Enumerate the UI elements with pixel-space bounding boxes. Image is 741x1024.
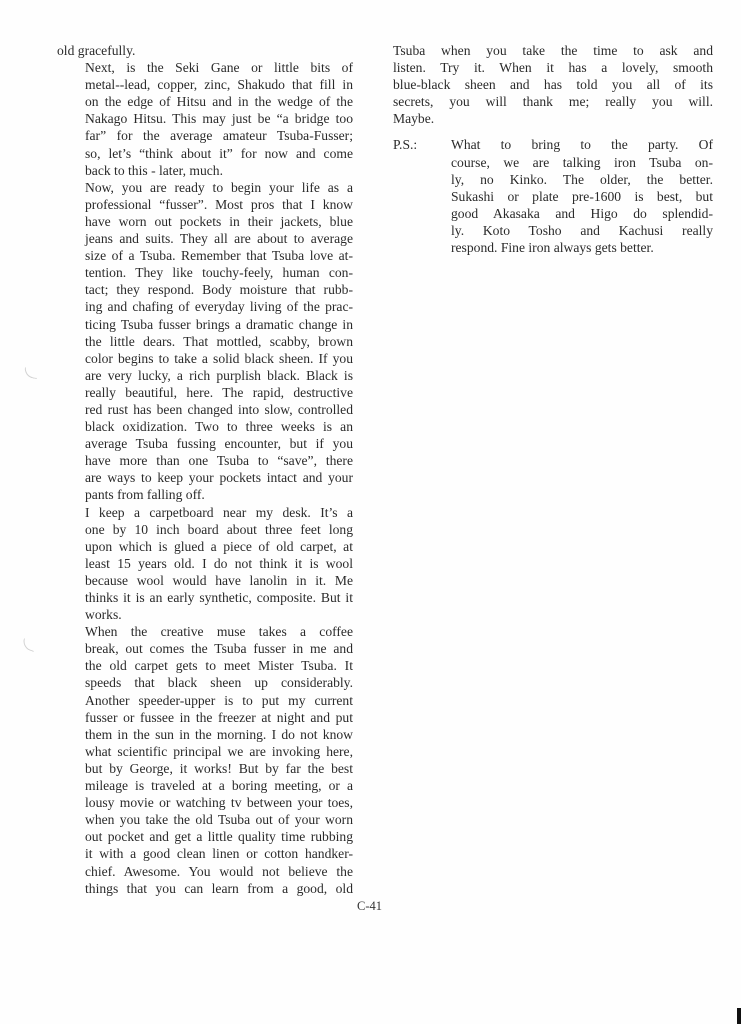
text-line: far” for the average amateur Tsuba-Fusse… [57, 127, 353, 144]
text-line: old gracefully. [57, 42, 353, 59]
scan-artifact-mark [21, 638, 38, 652]
text-line: things that you can learn from a good, o… [57, 880, 353, 897]
text-line: I keep a carpetboard near my desk. It’s … [57, 504, 353, 521]
text-line: Nakago Hitsu. This may just be “a bridge… [57, 110, 353, 127]
text-line: professional “fusser”. Most pros that I … [57, 196, 353, 213]
text-line: works. [57, 606, 353, 623]
text-line: ticing Tsuba fusser brings a dramatic ch… [57, 316, 353, 333]
scan-corner-mark [737, 1008, 741, 1024]
text-line: What to bring to the party. Of [451, 136, 713, 153]
text-line: the little dears. That mottled, scabby, … [57, 333, 353, 350]
text-line: black oxidization. Two to three weeks is… [57, 418, 353, 435]
text-line: least 15 years old. I do not think it is… [57, 555, 353, 572]
text-line: upon which is glued a piece of old carpe… [57, 538, 353, 555]
text-line: lousy movie or watching tv between your … [57, 794, 353, 811]
text-line: them in the sun in the morning. I do not… [57, 726, 353, 743]
text-line: mileage is traveled at a boring meeting,… [57, 777, 353, 794]
paragraph: Next, is the Seki Gane or little bits of… [57, 59, 353, 179]
text-line: Another speeder-upper is to put my curre… [57, 692, 353, 709]
text-line: average Tsuba fussing encounter, but if … [57, 435, 353, 452]
paragraph: I keep a carpetboard near my desk. It’s … [57, 504, 353, 624]
right-column-body: Tsuba when you take the time to ask andl… [393, 42, 713, 127]
text-line: When the creative muse takes a coffee [57, 623, 353, 640]
postscript: P.S.: What to bring to the party. Ofcour… [393, 136, 713, 256]
text-line: course, we are talking iron Tsuba on- [451, 154, 713, 171]
scan-artifact-mark [23, 367, 39, 379]
text-line: are ways to keep your pockets intact and… [57, 469, 353, 486]
text-line: pants from falling off. [57, 486, 353, 503]
text-line: red rust has been changed into slow, con… [57, 401, 353, 418]
text-line: when you take the old Tsuba out of your … [57, 811, 353, 828]
text-line: ing and chafing of everyday living of th… [57, 298, 353, 315]
postscript-text: What to bring to the party. Ofcourse, we… [451, 136, 713, 256]
text-line: ly. Koto Tosho and Kachusi really [451, 222, 713, 239]
text-line: but by George, it works! But by far the … [57, 760, 353, 777]
text-line: on the edge of Hitsu and in the wedge of… [57, 93, 353, 110]
text-line: have more than one Tsuba to “save”, ther… [57, 452, 353, 469]
paragraph: Now, you are ready to begin your life as… [57, 179, 353, 504]
text-line: secrets, you will thank me; really you w… [393, 93, 713, 110]
text-line: back to this - later, much. [57, 162, 353, 179]
text-line: Maybe. [393, 110, 713, 127]
text-line: respond. Fine iron always gets better. [451, 239, 713, 256]
text-line: Tsuba when you take the time to ask and [393, 42, 713, 59]
text-line: tact; they respond. Body moisture that r… [57, 281, 353, 298]
text-line: one by 10 inch board about three feet lo… [57, 521, 353, 538]
text-line: Now, you are ready to begin your life as… [57, 179, 353, 196]
text-line: Next, is the Seki Gane or little bits of [57, 59, 353, 76]
paragraph: When the creative muse takes a coffeebre… [57, 623, 353, 897]
document-page: old gracefully.Next, is the Seki Gane or… [0, 0, 741, 1024]
paragraph: Tsuba when you take the time to ask andl… [393, 42, 713, 127]
text-line: are very lucky, a rich purplish black. B… [57, 367, 353, 384]
text-line: the old carpet gets to meet Mister Tsuba… [57, 657, 353, 674]
text-line: speeds that black sheen up considerably. [57, 674, 353, 691]
text-line: it with a good clean linen or cotton han… [57, 845, 353, 862]
text-line: blue-black sheen and has told you all of… [393, 76, 713, 93]
text-line: because wool would have lanolin in it. M… [57, 572, 353, 589]
text-line: tention. They like touchy-feely, human c… [57, 264, 353, 281]
page-number: C-41 [357, 899, 382, 914]
text-line: what scientific principal we are invokin… [57, 743, 353, 760]
text-line: really beautiful, here. The rapid, destr… [57, 384, 353, 401]
text-line: thinks it is an early synthetic, composi… [57, 589, 353, 606]
text-line: have worn out pockets in their jackets, … [57, 213, 353, 230]
text-line: fusser or fussee in the freezer at night… [57, 709, 353, 726]
text-line: Sukashi or plate pre-1600 is best, but [451, 188, 713, 205]
text-line: ly, no Kinko. The older, the better. [451, 171, 713, 188]
text-line: out pocket and get a little quality time… [57, 828, 353, 845]
right-column: Tsuba when you take the time to ask andl… [393, 42, 713, 256]
paragraph: old gracefully. [57, 42, 353, 59]
text-line: metal--lead, copper, zinc, Shakudo that … [57, 76, 353, 93]
text-line: good Akasaka and Higo do splendid- [451, 205, 713, 222]
text-line: jeans and suits. They all are about to a… [57, 230, 353, 247]
text-line: listen. Try it. When it has a lovely, sm… [393, 59, 713, 76]
text-line: size of a Tsuba. Remember that Tsuba lov… [57, 247, 353, 264]
text-line: break, out comes the Tsuba fusser in me … [57, 640, 353, 657]
text-line: chief. Awesome. You would not believe th… [57, 863, 353, 880]
text-line: so, let’s “think about it” for now and c… [57, 145, 353, 162]
text-line: color begins to take a solid black sheen… [57, 350, 353, 367]
postscript-label: P.S.: [393, 136, 451, 256]
left-column: old gracefully.Next, is the Seki Gane or… [57, 42, 353, 897]
